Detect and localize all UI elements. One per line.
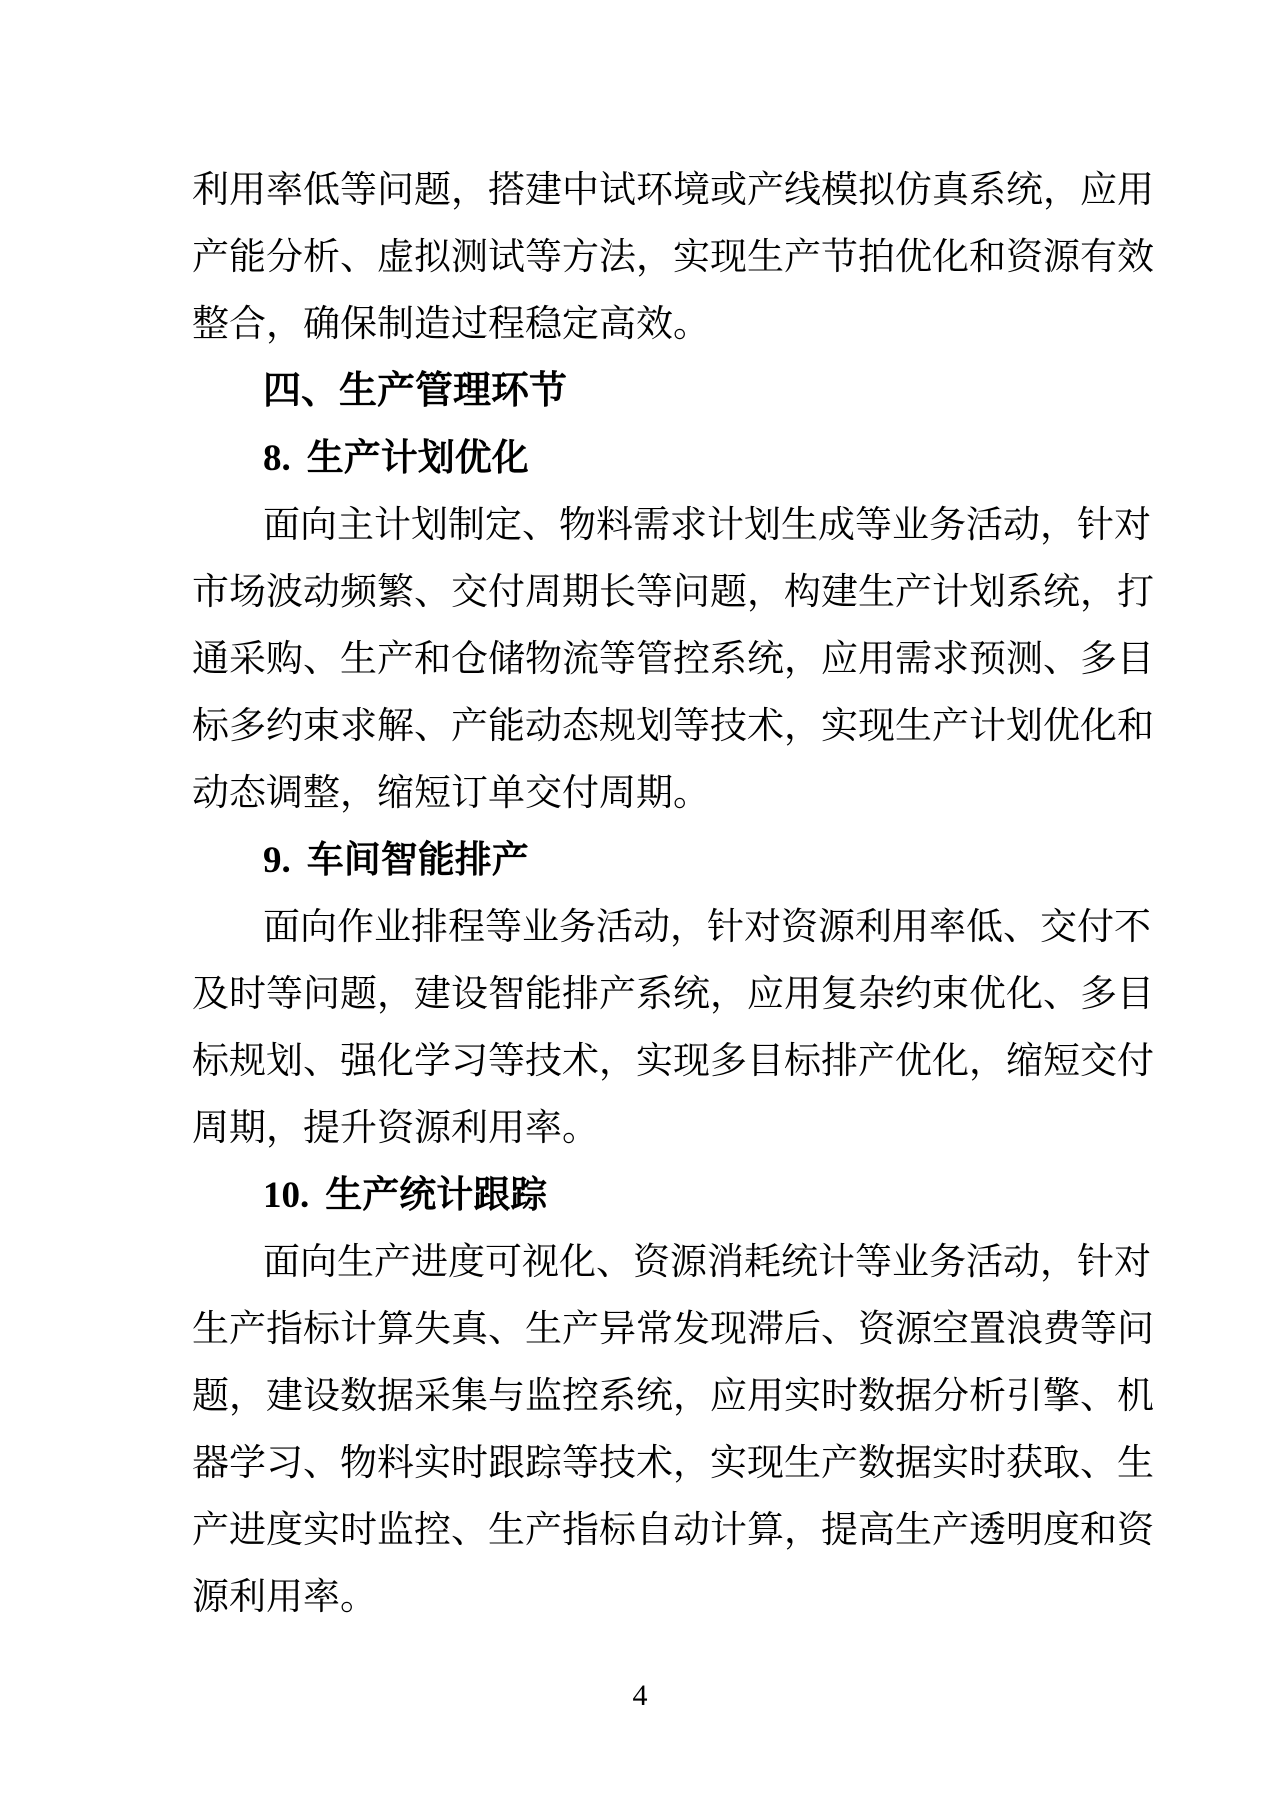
subsection-heading-10: 10.生产统计跟踪 [192, 1162, 1086, 1229]
paragraph-line: 市场波动频繁、交付周期长等问题，构建生产计划系统，打 [192, 559, 1086, 626]
subsection-title: 车间智能排产 [307, 840, 529, 881]
document-body: 利用率低等问题，搭建中试环境或产线模拟仿真系统，应用 产能分析、虚拟测试等方法，… [192, 157, 1086, 1631]
section-heading-4: 四、生产管理环节 [192, 358, 1086, 425]
paragraph-line: 面向生产进度可视化、资源消耗统计等业务活动，针对 [192, 1229, 1086, 1296]
paragraph-line: 整合，确保制造过程稳定高效。 [192, 291, 1086, 358]
paragraph-line: 产能分析、虚拟测试等方法，实现生产节拍优化和资源有效 [192, 224, 1086, 291]
document-page: 利用率低等问题，搭建中试环境或产线模拟仿真系统，应用 产能分析、虚拟测试等方法，… [0, 0, 1280, 1810]
paragraph-line: 通采购、生产和仓储物流等管控系统，应用需求预测、多目 [192, 626, 1086, 693]
paragraph-line: 周期，提升资源利用率。 [192, 1095, 1086, 1162]
subsection-heading-9: 9.车间智能排产 [192, 827, 1086, 894]
paragraph-line: 题，建设数据采集与监控系统，应用实时数据分析引擎、机 [192, 1363, 1086, 1430]
paragraph-line: 生产指标计算失真、生产异常发现滞后、资源空置浪费等问 [192, 1296, 1086, 1363]
subsection-number: 9. [263, 840, 291, 881]
paragraph-line: 源利用率。 [192, 1564, 1086, 1631]
subsection-heading-8: 8.生产计划优化 [192, 425, 1086, 492]
subsection-title: 生产统计跟踪 [325, 1175, 547, 1216]
paragraph-line: 标规划、强化学习等技术，实现多目标排产优化，缩短交付 [192, 1028, 1086, 1095]
paragraph-line: 面向作业排程等业务活动，针对资源利用率低、交付不 [192, 894, 1086, 961]
subsection-number: 10. [263, 1175, 309, 1216]
paragraph-line: 利用率低等问题，搭建中试环境或产线模拟仿真系统，应用 [192, 157, 1086, 224]
paragraph-line: 器学习、物料实时跟踪等技术，实现生产数据实时获取、生 [192, 1430, 1086, 1497]
subsection-number: 8. [263, 438, 291, 479]
paragraph-line: 标多约束求解、产能动态规划等技术，实现生产计划优化和 [192, 693, 1086, 760]
paragraph-line: 动态调整，缩短订单交付周期。 [192, 760, 1086, 827]
subsection-title: 生产计划优化 [307, 438, 529, 479]
paragraph-line: 产进度实时监控、生产指标自动计算，提高生产透明度和资 [192, 1497, 1086, 1564]
paragraph-line: 面向主计划制定、物料需求计划生成等业务活动，针对 [192, 492, 1086, 559]
page-number: 4 [0, 1678, 1280, 1714]
paragraph-line: 及时等问题，建设智能排产系统，应用复杂约束优化、多目 [192, 961, 1086, 1028]
